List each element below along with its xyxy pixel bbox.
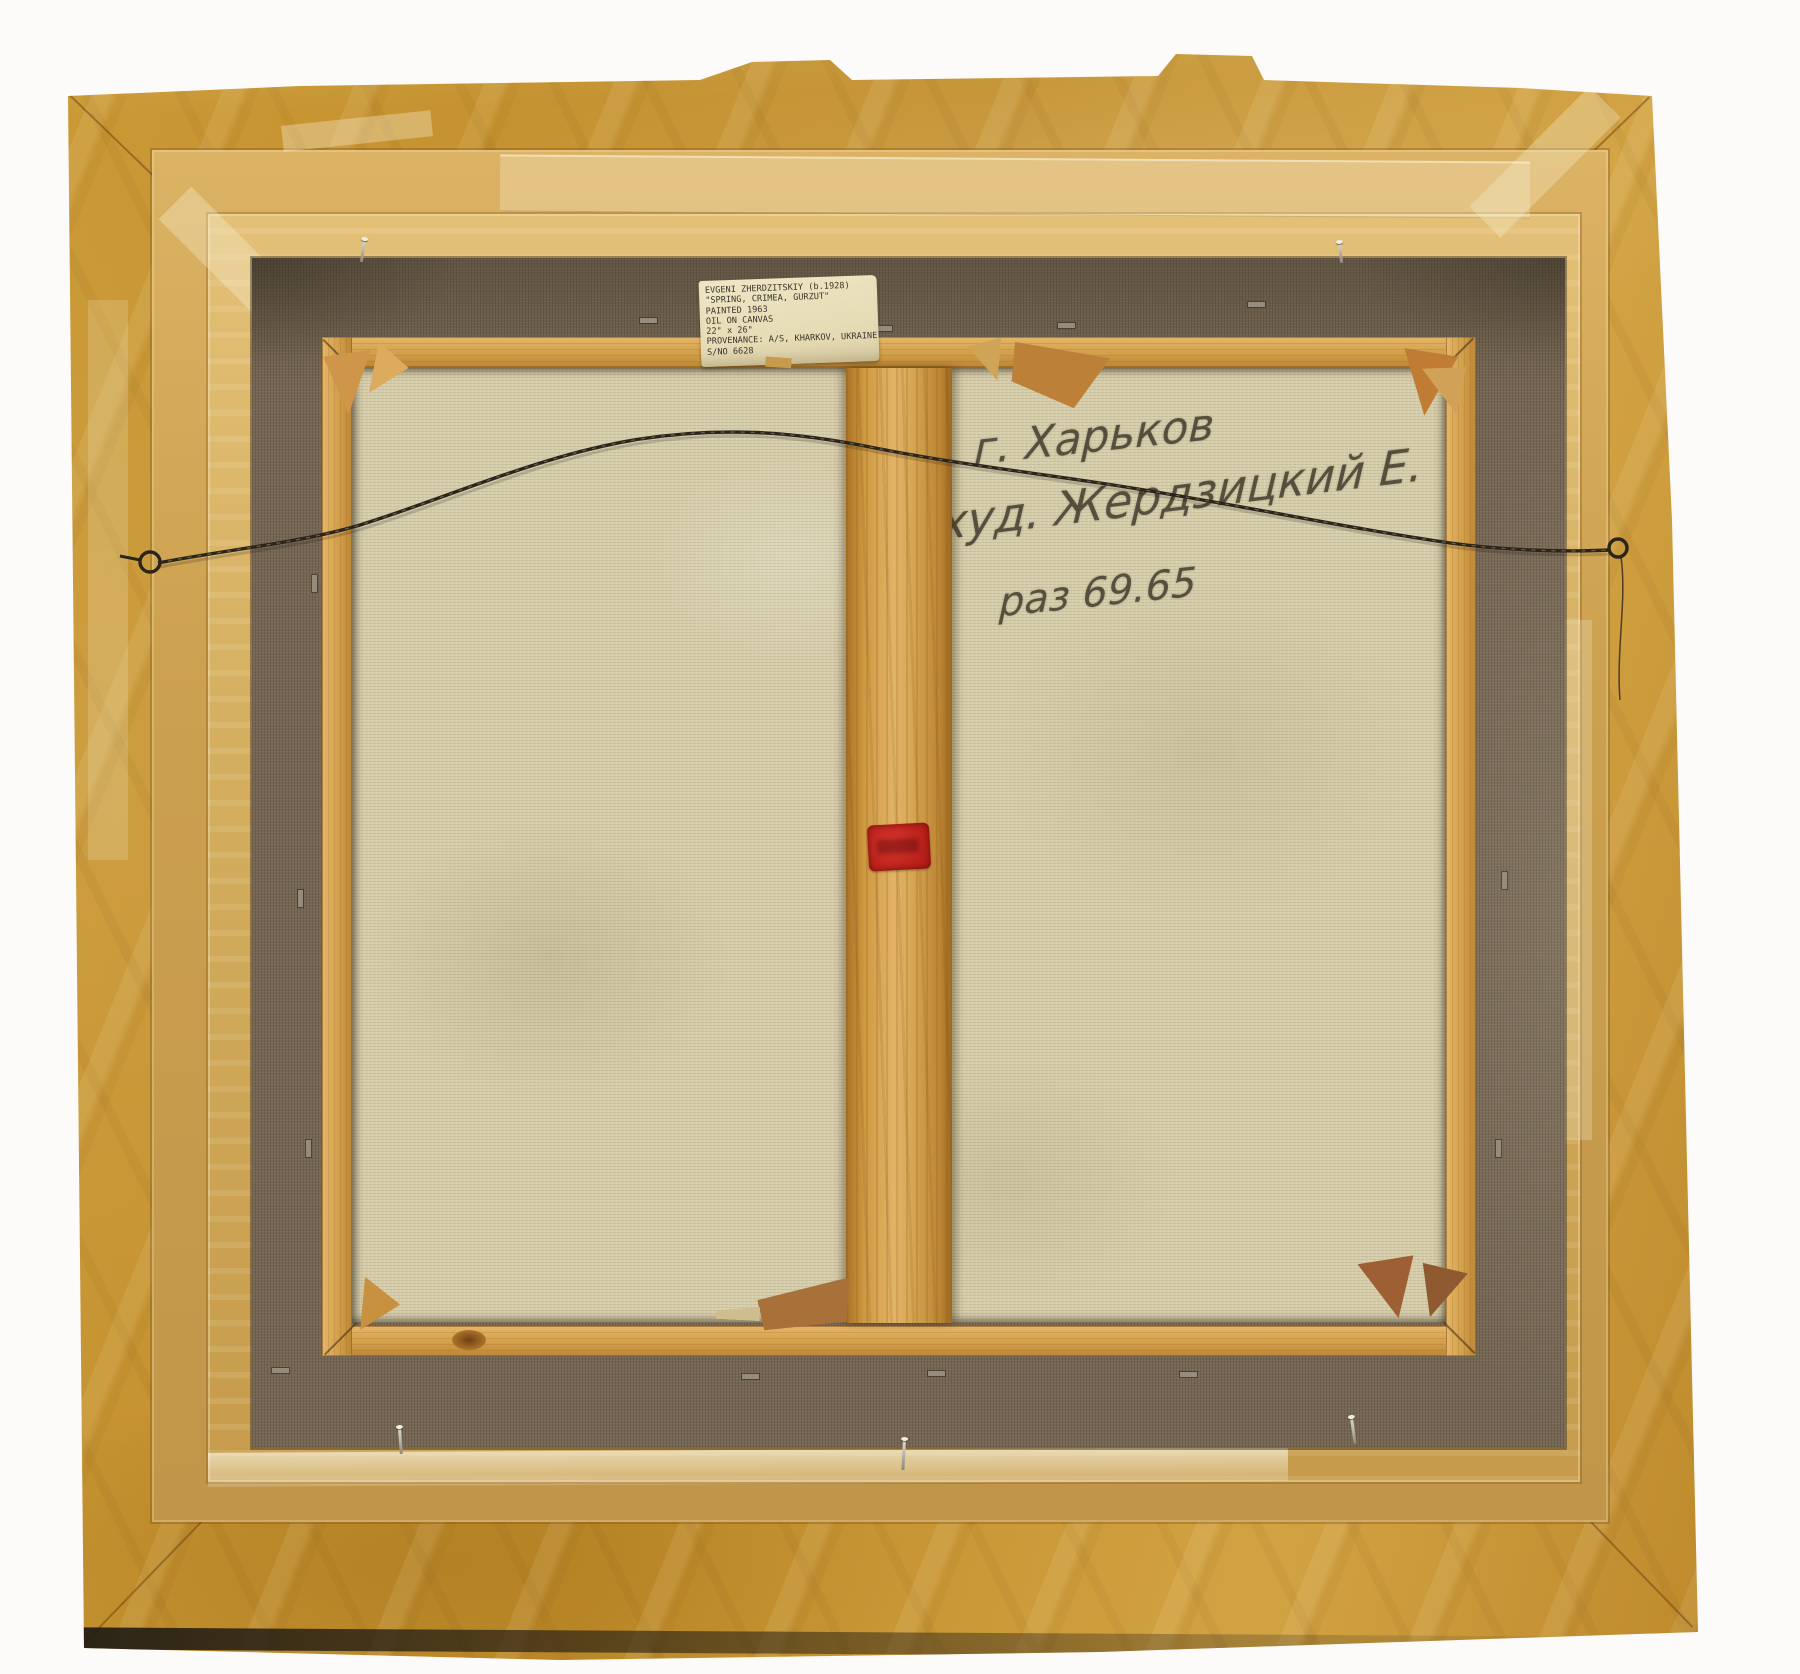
- picture-frame-back: г. Харьков худ. Жердзицкий Е. раз 69.65 …: [0, 0, 1800, 1674]
- photo-backdrop: г. Харьков худ. Жердзицкий Е. раз 69.65 …: [0, 0, 1800, 1674]
- wire-path: [158, 432, 1610, 563]
- wire-eyelet-left: [140, 552, 160, 572]
- wire-twist-glint: [158, 432, 1610, 563]
- wire-mount-left: [120, 556, 140, 560]
- wire-tail: [1619, 557, 1623, 700]
- wire-shadow: [160, 436, 1612, 567]
- wire-eyelet-right: [1609, 539, 1627, 557]
- hanging-wire-svg: [0, 0, 1800, 1674]
